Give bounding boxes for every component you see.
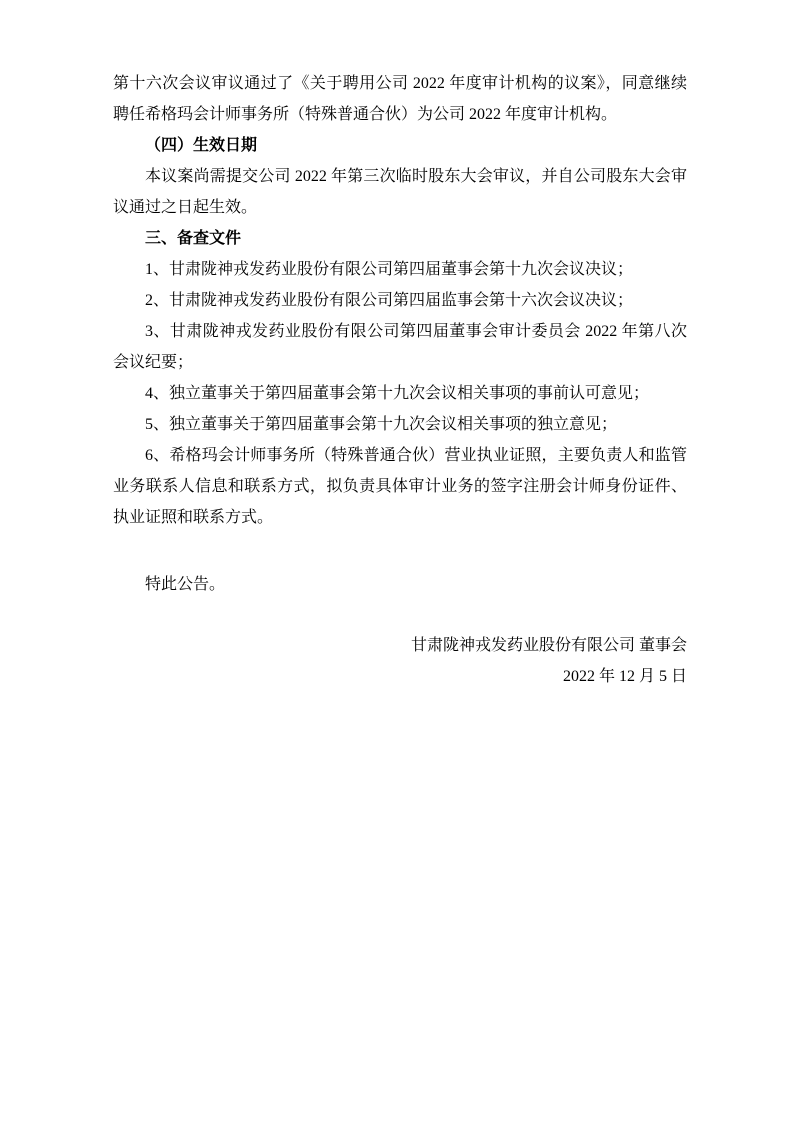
reference-document-item-3: 3、甘肃陇神戎发药业股份有限公司第四届董事会审计委员会 2022 年第八次会议纪… <box>113 316 687 378</box>
reference-document-item-4: 4、独立董事关于第四届董事会第十九次会议相关事项的事前认可意见； <box>113 378 687 409</box>
reference-document-item-1: 1、甘肃陇神戎发药业股份有限公司第四届董事会第十九次会议决议； <box>113 254 687 285</box>
paragraph-audit-resolution-continuation: 第十六次会议审议通过了《关于聘用公司 2022 年度审计机构的议案》，同意继续聘… <box>113 68 687 130</box>
document-page: 第十六次会议审议通过了《关于聘用公司 2022 年度审计机构的议案》，同意继续聘… <box>0 0 793 1122</box>
heading-reference-documents: 三、备查文件 <box>113 223 687 254</box>
reference-document-item-5: 5、独立董事关于第四届董事会第十九次会议相关事项的独立意见； <box>113 409 687 440</box>
reference-document-item-6: 6、希格玛会计师事务所（特殊普通合伙）营业执业证照，主要负责人和监管业务联系人信… <box>113 440 687 533</box>
reference-document-item-2: 2、甘肃陇神戎发药业股份有限公司第四届监事会第十六次会议决议； <box>113 285 687 316</box>
signature-date: 2022 年 12 月 5 日 <box>113 661 687 692</box>
closing-announcement: 特此公告。 <box>113 569 687 600</box>
heading-effective-date: （四）生效日期 <box>113 130 687 161</box>
signature-company-board: 甘肃陇神戎发药业股份有限公司 董事会 <box>113 630 687 661</box>
paragraph-effective-date: 本议案尚需提交公司 2022 年第三次临时股东大会审议，并自公司股东大会审议通过… <box>113 161 687 223</box>
